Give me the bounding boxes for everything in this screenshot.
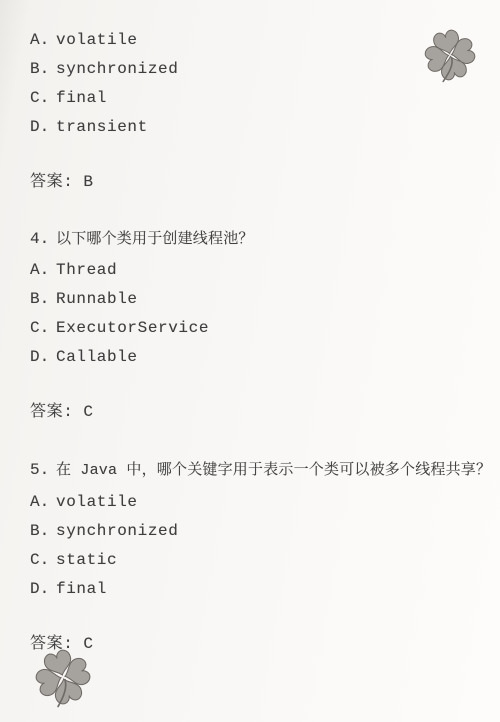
question-row: 4.以下哪个类用于创建线程池？ — [30, 229, 254, 250]
option-letter: A. — [30, 30, 56, 50]
option-text: ExecutorService — [56, 319, 209, 337]
answer-value: B — [83, 173, 93, 191]
option-row: B.synchronized — [30, 59, 178, 79]
option-letter: C. — [30, 88, 56, 108]
option-row: D.Callable — [30, 347, 138, 367]
option-text: Thread — [56, 261, 117, 279]
question-stem: 在 Java 中，哪个关键字用于表示一个类可以被多个线程共享？ — [56, 462, 491, 479]
answer-row: 答案:B — [30, 172, 94, 192]
option-letter: A. — [30, 492, 56, 512]
option-row: B.synchronized — [30, 521, 178, 541]
option-letter: B. — [30, 521, 56, 541]
option-row: C.final — [30, 88, 107, 108]
answer-row: 答案:C — [30, 634, 94, 654]
option-text: volatile — [56, 31, 138, 49]
option-text: transient — [56, 118, 148, 136]
answer-value: C — [83, 635, 93, 653]
question-number: 4. — [30, 229, 56, 249]
answer-row: 答案:C — [30, 402, 94, 422]
question-stem: 以下哪个类用于创建线程池？ — [56, 231, 254, 248]
option-row: D.transient — [30, 117, 148, 137]
option-letter: D. — [30, 347, 56, 367]
option-row: A.volatile — [30, 492, 138, 512]
option-letter: B. — [30, 59, 56, 79]
option-text: static — [56, 551, 117, 569]
option-row: C.ExecutorService — [30, 318, 209, 338]
option-row: B.Runnable — [30, 289, 138, 309]
option-letter: D. — [30, 117, 56, 137]
answer-label: 答案: — [30, 635, 73, 653]
option-row: D.final — [30, 579, 107, 599]
answer-label: 答案: — [30, 403, 73, 421]
question-row: 5.在 Java 中，哪个关键字用于表示一个类可以被多个线程共享？ — [30, 460, 491, 481]
option-text: synchronized — [56, 60, 178, 78]
option-row: A.volatile — [30, 30, 138, 50]
answer-label: 答案: — [30, 173, 73, 191]
option-text: Callable — [56, 348, 138, 366]
option-row: A.Thread — [30, 260, 117, 280]
option-letter: B. — [30, 289, 56, 309]
clover-icon — [417, 22, 483, 88]
option-row: C.static — [30, 550, 117, 570]
answer-value: C — [83, 403, 93, 421]
option-text: Runnable — [56, 290, 138, 308]
option-text: final — [56, 580, 107, 598]
option-text: synchronized — [56, 522, 178, 540]
option-letter: C. — [30, 318, 56, 338]
option-text: final — [56, 89, 107, 107]
option-letter: D. — [30, 579, 56, 599]
option-text: volatile — [56, 493, 138, 511]
option-letter: C. — [30, 550, 56, 570]
question-number: 5. — [30, 460, 56, 480]
option-letter: A. — [30, 260, 56, 280]
